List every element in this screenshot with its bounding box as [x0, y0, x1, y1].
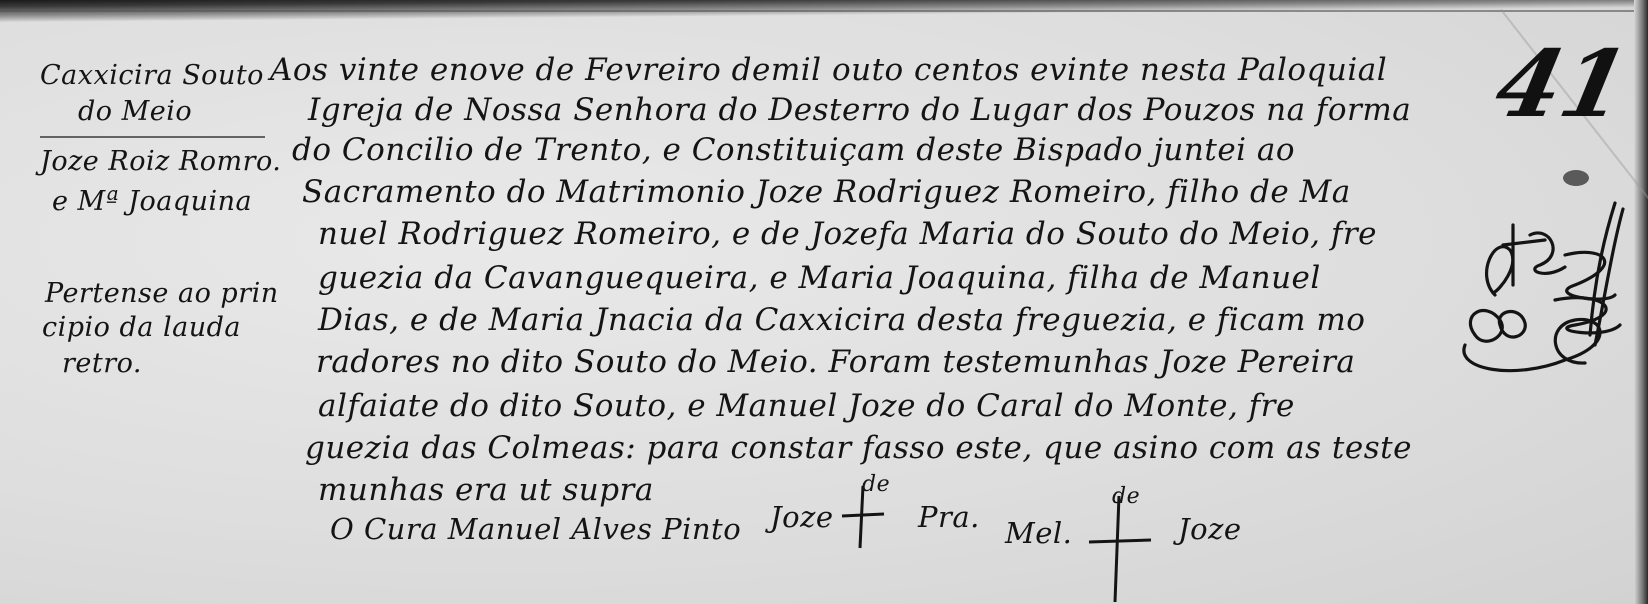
margin-note-ref-line-3: retro.: [62, 348, 142, 379]
rubric-flourish-icon: [1455, 195, 1640, 385]
margin-note-couple-line-2: e Mª Joaquina: [52, 186, 252, 217]
witness-2-name-left: Mel.: [1005, 516, 1072, 550]
body-line-6: guezia da Cavanguequeira, e Maria Joaqui…: [318, 260, 1321, 296]
priest-signature: O Cura Manuel Alves Pinto: [330, 512, 741, 546]
body-line-9: alfaiate do dito Souto, e Manuel Joze do…: [318, 388, 1295, 424]
body-line-8: radores no dito Souto do Meio. Foram tes…: [316, 344, 1355, 380]
body-line-5: nuel Rodriguez Romeiro, e de Jozefa Mari…: [318, 216, 1377, 252]
margin-note-place-line-1: Caxxicira Souto: [40, 60, 264, 91]
margin-note-ref-line-2: cipio da lauda: [42, 312, 241, 343]
folio-number: 41: [1487, 30, 1638, 138]
body-line-2: Igreja de Nossa Senhora do Desterro do L…: [308, 92, 1411, 128]
ink-blot: [1563, 170, 1589, 186]
register-page: Caxxicira Souto do Meio Joze Roiz Romro.…: [0, 0, 1648, 604]
body-line-7: Dias, e de Maria Jnacia da Caxxicira des…: [318, 302, 1365, 338]
witness-2-name-right: Joze: [1178, 512, 1242, 546]
witness-1-name-right: Pra.: [918, 500, 980, 534]
body-line-1: Aos vinte enove de Fevreiro demil outo c…: [270, 52, 1387, 88]
witness-1-cross-mark-icon: [838, 482, 888, 552]
margin-divider: [40, 136, 265, 138]
body-line-10: guezia das Colmeas: para constar fasso e…: [305, 430, 1412, 466]
binding-line: [0, 10, 1648, 12]
margin-note-ref-line-1: Pertense ao prin: [45, 278, 279, 309]
margin-note-couple-line-1: Joze Roiz Romro.: [40, 146, 281, 177]
body-line-4: Sacramento do Matrimonio Joze Rodriguez …: [302, 174, 1351, 210]
margin-note-place-line-2: do Meio: [78, 96, 192, 127]
witness-2-cross-mark-icon: [1085, 490, 1155, 604]
witness-1-name-left: Joze: [770, 500, 834, 534]
body-line-11: munhas era ut supra: [318, 472, 654, 508]
body-line-3: do Concilio de Trento, e Constituiçam de…: [292, 132, 1295, 168]
